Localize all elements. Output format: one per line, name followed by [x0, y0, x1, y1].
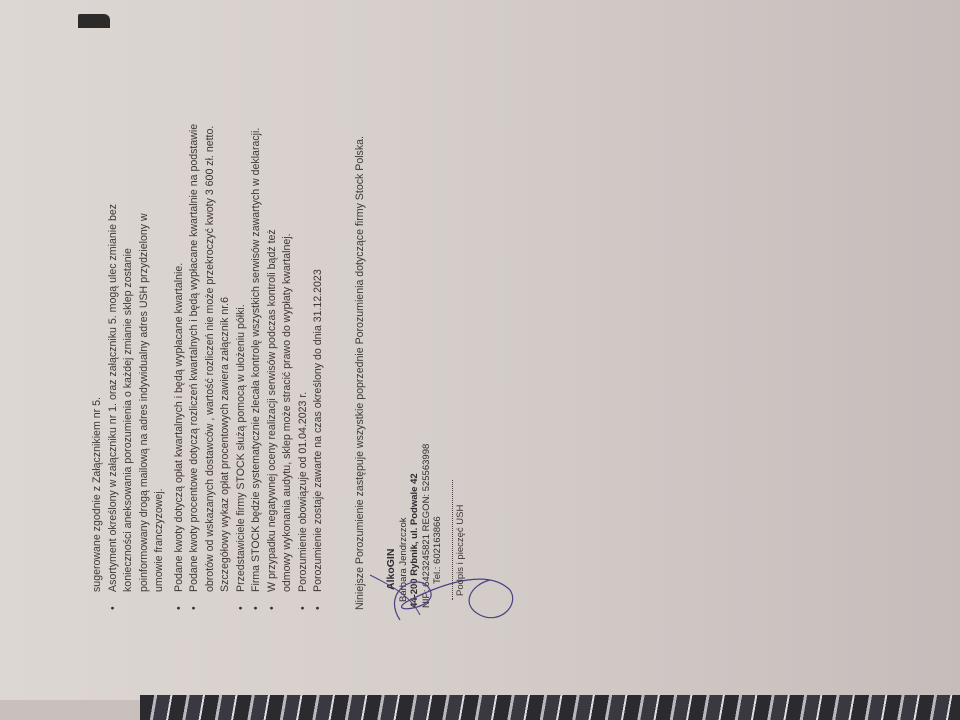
text-line: umowie franczyzowej.: [152, 10, 168, 592]
text-line: Firma STOCK będzie systematycznie zlecał…: [249, 10, 265, 592]
stamp-company: AlkoGIN: [386, 10, 398, 608]
stamp-phone: Tel.: 602163866: [432, 10, 444, 608]
bullet-representatives: Przedstawiciele firmy STOCK służą pomocą…: [234, 10, 250, 610]
text-line: Szczegółowy wykaz opłat procentowych zaw…: [218, 10, 234, 592]
stamp-ids: NIP: 6423245821 REGON: 525563998: [421, 10, 433, 608]
company-stamp: AlkoGIN Barbara Jendrzczok 44-200 Rybnik…: [386, 10, 444, 610]
bullet-term: Porozumienie zostaje zawarte na czas okr…: [311, 10, 327, 610]
text-line: Porozumienie zostaje zawarte na czas okr…: [311, 10, 327, 592]
bullet-control: Firma STOCK będzie systematycznie zlecał…: [249, 10, 265, 610]
text-line: Porozumienie obowiązuje od 01.04.2023 r.: [296, 10, 312, 592]
text-line: obrotów od wskazanych dostawców , wartoś…: [203, 10, 219, 592]
text-line: Podane kwoty procentowe dotyczą rozlicze…: [187, 10, 203, 592]
bullet-effective-date: Porozumienie obowiązuje od 01.04.2023 r.: [296, 10, 312, 610]
text-line: konieczności aneksowania porozumienia o …: [121, 10, 137, 592]
bullet-assortment: Asortyment określony w załączniku nr 1. …: [106, 10, 168, 610]
bullet-percentage-fees: Podane kwoty procentowe dotyczą rozlicze…: [187, 10, 234, 610]
intro-line: sugerowane zgodnie z Załącznikiem nr 5.: [90, 10, 106, 610]
text-line: Podane kwoty dotyczą opłat kwartalnych i…: [172, 10, 188, 592]
text-line: Asortyment określony w załączniku nr 1. …: [106, 10, 122, 592]
bullet-quarterly-fees: Podane kwoty dotyczą opłat kwartalnych i…: [172, 10, 188, 610]
bullet-negative-assessment: W przypadku negatywnej oceny realizacji …: [265, 10, 296, 610]
text-line: odmowy wykonania audytu, sklep może stra…: [280, 10, 296, 592]
final-statement: Niniejsze Porozumienie zastępuje wszystk…: [353, 10, 369, 610]
text-line: poinformowany drogą mailową na adres ind…: [137, 10, 153, 592]
text-line: W przypadku negatywnej oceny realizacji …: [265, 10, 281, 592]
background-surface: [140, 695, 960, 720]
signature-label: Podpis i pieczęć USH: [453, 10, 469, 596]
document-body: sugerowane zgodnie z Załącznikiem nr 5. …: [90, 10, 468, 610]
stamp-person: Barbara Jendrzczok: [398, 10, 410, 608]
stamp-address: 44-200 Rybnik, ul. Podwale 42: [409, 10, 421, 608]
text-line: Przedstawiciele firmy STOCK służą pomocą…: [234, 10, 250, 592]
